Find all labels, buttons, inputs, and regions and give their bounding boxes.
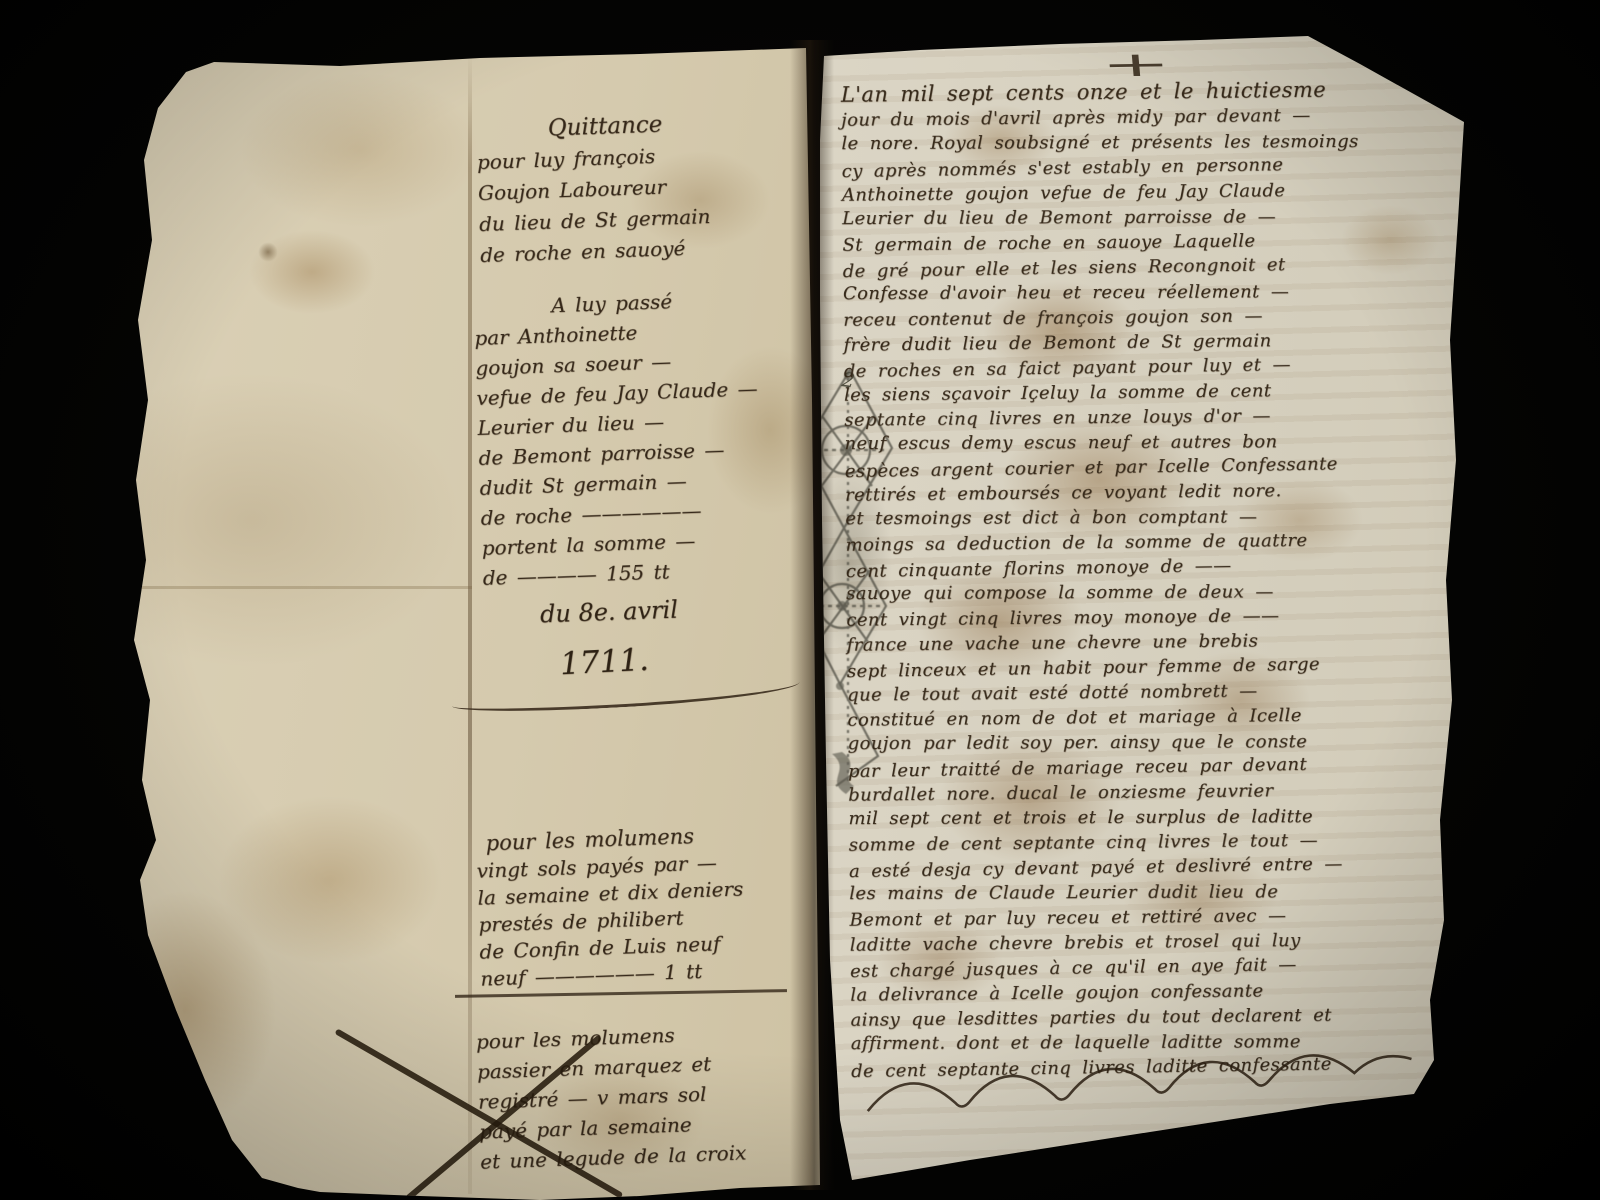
- manuscript-line: burdallet nore. ducal le onziesme feuvri…: [848, 777, 1366, 807]
- date-line: du 8e. avril: [540, 596, 679, 629]
- manuscript-line: sauoye qui compose la somme de deux —: [846, 579, 1363, 606]
- manuscript-line: septante cinq livres en unze louys d'or …: [844, 402, 1362, 432]
- quittance-heading-block: Quittancepour luy françoisGoujon Laboure…: [475, 108, 712, 271]
- manuscript-line: mil sept cent et trois et le surplus de …: [848, 804, 1365, 831]
- emoluments-block: pour les molumensvingt sols payés par —l…: [475, 821, 746, 992]
- manuscript-line: rettirés et emboursés ce voyant ledit no…: [845, 477, 1363, 507]
- gutter-fold-shadow: [790, 40, 834, 1190]
- manuscript-line: de roche en sauoyé: [480, 232, 712, 271]
- manuscript-line: les mains de Claude Leurier dudit lieu d…: [849, 879, 1366, 906]
- manuscript-photo: Quittancepour luy françoisGoujon Laboure…: [0, 0, 1600, 1200]
- year-underline-flourish: [452, 679, 801, 716]
- manuscript-line: jour du mois d'avril après midy par deva…: [841, 102, 1359, 132]
- horizontal-crease: [140, 586, 472, 589]
- manuscript-line: Leurier du lieu de Bemont parroisse de —: [842, 204, 1359, 231]
- cancelled-note-block: pour les molumenspassier en marquez etre…: [475, 1017, 746, 1176]
- year-1711: 1711.: [559, 642, 650, 683]
- manuscript-line: Anthoinette goujon vefue de feu Jay Clau…: [842, 177, 1360, 207]
- payer-details-block: A luy passépar Anthoinettegoujon sa soeu…: [473, 283, 764, 593]
- manuscript-line: constitué en nom de dot et mariage à Ice…: [847, 702, 1365, 732]
- manuscript-line: et tesmoings est dict à bon comptant —: [845, 504, 1362, 531]
- fold-crease: [468, 54, 472, 1194]
- manuscript-line: ainsy que lesdittes parties du tout decl…: [850, 1002, 1368, 1032]
- act-text-block: L'an mil sept cents onze et le huictiesm…: [841, 77, 1369, 1082]
- manuscript-line: Confesse d'avoir heu et receu réellement…: [843, 279, 1360, 306]
